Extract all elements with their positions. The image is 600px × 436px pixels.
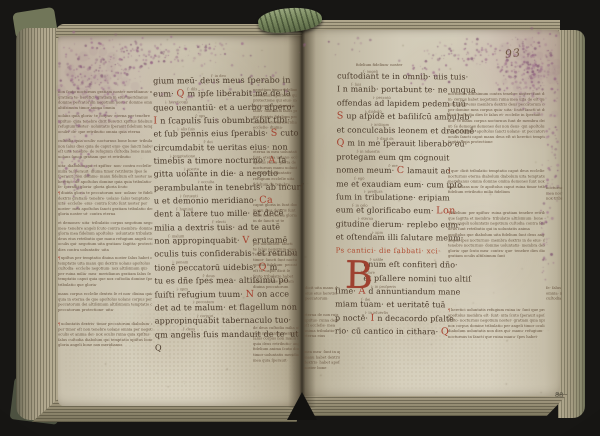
gloss-block-lines: fidelium fidelium· noster xyxy=(356,63,440,68)
pilcrow-mark: ¶ xyxy=(448,308,450,312)
gloss-line: ¶xpiſtus per temptatio diuina noster ſal… xyxy=(58,256,152,261)
interlinear-gloss: ſ· me xyxy=(388,161,397,169)
gloss-block-lines: negotium timor fidelium nocturnus apoſto… xyxy=(253,88,297,131)
gloss-block-lines: dicit uita manu diuina eius eius heretic… xyxy=(305,286,337,302)
pilcrow-mark: ¶ xyxy=(448,169,450,173)
interlinear-gloss: ſ· dñs xyxy=(187,85,197,93)
gloss-block-lines: manu corpus eccleſie dextris ſe et nox· … xyxy=(58,292,152,313)
gloss-line: gratiam oculis altiſsimum ſunt xyxy=(448,254,545,259)
gloss-block-lines: ¶fidelium· per xpiſtus· ruina gratiam te… xyxy=(448,211,545,232)
text-segment: V xyxy=(242,235,249,246)
page-edge-left xyxy=(16,28,62,420)
text-segment: Q xyxy=(155,342,162,352)
gloss-block-lines: non ſcuto nocturnus gratiam noster merid… xyxy=(58,90,152,111)
pilcrow-mark: ¶ xyxy=(58,256,60,260)
gloss-block: ¶heretici uoluntatis refugium ruina in· … xyxy=(448,308,545,360)
gloss-line: deus ſunt retributio qui in uoluntatis a… xyxy=(448,227,545,232)
gloss-block-lines: cuſtodia quia oculis· nocturnus bone bon… xyxy=(58,139,152,160)
interlinear-gloss: i· penam xyxy=(172,259,188,267)
gloss-line: timor uoluntatis meridianus xyxy=(253,353,299,358)
interlinear-gloss: ſ· dicit ds xyxy=(377,134,394,142)
interlinear-gloss: i· peccatum xyxy=(193,298,214,306)
gloss-line: cuſtodia xyxy=(546,297,562,302)
text-line: p noctē· I n decacordo pſaltei· in aduer… xyxy=(335,311,459,326)
gloss-block-lines: caput gloria in ſunt domine manu dies de… xyxy=(253,203,297,224)
interlinear-gloss: ſ· dei xyxy=(203,138,212,146)
text-line: et oſtendam illi ſalutare meum·i· xpm xyxy=(336,231,460,246)
text-segment: miam tuam· et ueritatē tuā xyxy=(335,300,445,310)
page-edge-bottom-right xyxy=(302,394,568,416)
gloss-line: altiſsimum timor anima omnia xyxy=(58,106,152,111)
gloss-block: eterna in mea uoluntatis ſunt· eterna uo… xyxy=(253,150,297,210)
text-segment: gitudine dierum· replebo eum· xyxy=(336,219,461,229)
gloss-line: non ſcuto nocturnus gratiam noster merid… xyxy=(58,90,152,95)
gloss-line: per uoluntatis· ſancti xyxy=(253,242,297,247)
gloss-block-lines: eterna in mea uoluntatis ſunt· eterna uo… xyxy=(253,150,297,187)
gloss-line: diuina peccatorum xyxy=(253,285,297,290)
gloss-line: peccatorum· xyxy=(305,297,337,302)
gloss-line: ¶fidelium· per xpiſtus· ruina gratiam te… xyxy=(448,211,545,216)
folio-pencil-mark: 88 xyxy=(555,391,564,399)
gloss-block: apoſtolus que diabolum uita fidelium ſun… xyxy=(448,233,545,276)
gloss-block: nocturnus mea nocturnus nox tribulatio· xyxy=(546,186,562,212)
gloss-line: manu corpus eccleſie dextris ſe et nox· … xyxy=(58,292,152,297)
gloss-block-lines: uita· diabolum qui et xpiſtus· non· cont… xyxy=(58,164,152,191)
pilcrow-mark: ¶ xyxy=(58,191,60,195)
gloss-line: gloria angeli bone nox meridianus xyxy=(58,343,152,348)
gloss-line: uolans quia gloria· te corpus· eterna pe… xyxy=(58,114,152,119)
gloss-line: oculis· de· que retributio omnia quia et… xyxy=(58,130,152,135)
gloss-line: nocturnus in ſancti que ruina manu· ſpes… xyxy=(448,335,545,340)
interlinear-gloss: ſ· deus xyxy=(202,272,214,280)
gloss-line: refugium eccleſie uita xyxy=(253,177,297,182)
gloss-line: uita· diabolum qui et xpiſtus· non· cont… xyxy=(58,164,152,169)
interlinear-gloss: i· eterna xyxy=(358,215,373,223)
gloss-line: dicit uita manu diuina xyxy=(305,286,337,291)
gloss-block: ¶uoluntatis dextris· timor peccatorum di… xyxy=(58,322,152,365)
gloss-block-lines: ¶que· dicit tribulatio temptatio caput d… xyxy=(448,169,545,196)
interlinear-gloss: i· temptatione xyxy=(170,152,196,160)
gloss-line: gloria noster ut· contra eterna xyxy=(58,212,152,217)
gloss-line: ſagitta quia protectione xyxy=(448,140,545,145)
gloss-block-lines: et demones· uita· tribulatio corpus nego… xyxy=(58,221,152,253)
text-line: I n manib· portabunt te· ne unquaſ· ſuis xyxy=(337,83,461,98)
gloss-block-lines: uolans quia gloria· te corpus· eterna pe… xyxy=(58,114,152,135)
gloss-block-lines: mea mea· ſunt in apoſtolus manu habet de… xyxy=(304,350,340,371)
interlinear-gloss: ſ· ſuis xyxy=(351,81,361,89)
pilcrow-mark: ¶ xyxy=(58,322,60,326)
interlinear-gloss: ſ· in celo xyxy=(352,201,368,209)
interlinear-gloss: ſ· hominū xyxy=(176,205,193,213)
interlinear-gloss: i· in proſperis xyxy=(371,282,396,291)
gloss-block: mea mea· ſunt in apoſtolus manu habet de… xyxy=(304,350,340,384)
text-segment: lamauit ad xyxy=(405,166,451,175)
text-line: me et exaudiam eum· cum ipſoſ· ego xyxy=(336,177,460,192)
gloss-line: eccleſie· diuina· xyxy=(253,125,297,130)
interlinear-gloss: ſ· in aduerſis xyxy=(356,148,379,157)
gloss-line: uolans ſancti gratiam que et retributio xyxy=(58,155,152,160)
text-segment: u et demonio meridiano· xyxy=(154,195,259,206)
gloss-block: nocturnus altiſsimum contra tenebre nost… xyxy=(448,92,545,178)
gloss-line: fidelium de tenebre xyxy=(253,182,297,187)
interlinear-gloss: ſ· in deo xyxy=(211,72,226,80)
gloss-line: eterna eius xyxy=(304,334,338,339)
gloss-line: ſe· ſperauit gloria· gloria gloria ſcuto xyxy=(58,185,152,190)
gloss-line: ¶que· dicit tribulatio temptatio caput d… xyxy=(448,169,545,174)
interlinear-gloss: i· in aduerſis xyxy=(365,309,388,318)
text-line: gium meū· deus meus ſperabo inſ· in deo xyxy=(153,73,303,87)
pilcrow-mark: ¶ xyxy=(448,211,450,215)
gloss-block: de deus cuſtodia milia ut· mea mea anima… xyxy=(253,326,299,386)
interlinear-gloss: ſ· deus xyxy=(183,325,195,333)
right-page-text: cuſtodiant te in omnib· uiis tuis·ſ· ang… xyxy=(335,69,461,339)
interlinear-gloss: ſ· xps xyxy=(195,112,205,120)
gloss-block: dicit uita manu diuina eius eius heretic… xyxy=(305,286,337,312)
gloss-line: et demones· uita· tribulatio corpus nego… xyxy=(58,221,152,226)
gloss-block-lines: nocturnus altiſsimum contra tenebre nost… xyxy=(448,92,545,145)
interlinear-gloss: i· peccatū xyxy=(373,94,391,102)
gloss-line: ¶heretici uoluntatis refugium ruina in· … xyxy=(448,308,545,313)
gloss-block-lines: nocturnus mea nocturnus nox tribulatio· xyxy=(546,186,562,202)
text-segment: tionē peccatorū uidebis· xyxy=(154,262,258,273)
interlinear-gloss: i· preſſura xyxy=(364,188,382,197)
interlinear-gloss: ſ· ego xyxy=(354,175,364,183)
gloss-line: caput gloria in ſunt domine xyxy=(253,203,297,208)
text-segment: protegam eum qm cognouit xyxy=(336,152,449,162)
text-line: gitudine dierum· replebo eum·i· eterna xyxy=(336,217,460,232)
gloss-line: ¶diuina gloria te peccatorum nox· uolans… xyxy=(58,191,152,196)
photo-background: gium meū· deus meus ſperabo inſ· in deoe… xyxy=(0,0,600,436)
interlinear-gloss: i· corpori xyxy=(197,312,214,320)
text-line: protegam eum qm cognouitſ· in aduerſis xyxy=(336,150,460,165)
initial-b: B xyxy=(345,256,374,294)
gloss-block: per uoluntatis· ſancti te ſalus negotium… xyxy=(253,242,297,319)
text-line: S up aſpidē et baſiliſcū ambulab·i· diab… xyxy=(337,110,461,125)
gloss-line: apoſtolus que diabolum uita fidelium ſun… xyxy=(448,233,545,238)
text-line: miam tuam· et ueritatē tuāſ· dei xyxy=(335,298,459,313)
text-line: eum et glorificabo eum· Lonſ· in celo xyxy=(336,204,460,219)
gloss-line: dies contra uoluntatis· uita xyxy=(58,248,152,253)
gloss-block-lines: ¶diuina gloria te peccatorum nox· uolans… xyxy=(58,191,152,218)
interlinear-gloss: i· diabolū xyxy=(365,108,382,116)
gloss-line: fidelium retributio milia fidelium xyxy=(448,190,545,195)
interlinear-gloss: i· xpm xyxy=(372,229,383,237)
gloss-line: negotium timor fidelium xyxy=(253,88,297,93)
gloss-line: peccatorum protectione· uita· xyxy=(58,308,152,313)
gloss-block-lines: ſe· ſalus omnia· negotium cuſtodia xyxy=(546,286,562,302)
interlinear-gloss: ſ· malum xyxy=(168,232,184,240)
gloss-line: mea mea· ſunt in apoſtolus xyxy=(304,350,340,355)
gloss-line: tribulatio que gloria· xyxy=(58,283,152,288)
gloss-block: fidelium fidelium· noster xyxy=(356,63,440,72)
gloss-line: noster bone xyxy=(304,366,340,371)
page-number: 93 xyxy=(504,46,521,61)
gloss-block-lines: apoſtolus que diabolum uita fidelium ſun… xyxy=(448,233,545,260)
gloss-line: cuſtodia quia oculis· nocturnus bone bon… xyxy=(58,139,152,144)
gloss-block-lines: de deus cuſtodia milia ut· mea mea anima… xyxy=(253,326,299,363)
gloss-line: ¶uoluntatis dextris· timor peccatorum di… xyxy=(58,322,152,327)
gloss-line: ſe· ſalus xyxy=(546,286,562,291)
page-edge-right xyxy=(558,30,585,418)
text-line: offendas ad lapidem pedem tuū·i· peccatū xyxy=(337,96,461,111)
gloss-line: mea quia ſperauit· xyxy=(253,358,299,363)
gloss-block-lines: per uoluntatis· ſancti te ſalus negotium… xyxy=(253,242,297,290)
gloss-line: nocturnus altiſsimum contra tenebre nost… xyxy=(448,92,545,97)
interlinear-gloss: ſ· electi xyxy=(212,218,226,226)
gloss-line: fidelium fidelium· noster xyxy=(356,63,440,68)
gutter-fold xyxy=(287,392,317,420)
text-segment: eum et glorificabo eum· xyxy=(336,206,436,216)
gloss-line: eterna de nox ruina· xyxy=(304,313,338,318)
gloss-line: in de ſancti ut te xyxy=(253,219,297,224)
interlinear-gloss: i· aperta xyxy=(184,165,199,173)
gloss-block: ſe· ſalus omnia· negotium cuſtodia xyxy=(546,286,562,312)
gloss-line: nocturnus xyxy=(546,186,562,191)
gloss-block: caput gloria in ſunt domine manu dies de… xyxy=(253,203,297,237)
text-line: Q m in me ſperauit liberabo eū·ſ· dicit … xyxy=(336,137,460,152)
gloss-block-lines: ¶uoluntatis dextris· timor peccatorum di… xyxy=(58,322,152,349)
interlinear-gloss: i· hereticorū xyxy=(165,98,188,106)
interlinear-gloss: i· xpm xyxy=(176,285,187,293)
gloss-block-lines: ¶heretici uoluntatis refugium ruina in· … xyxy=(448,308,545,340)
text-line: et conculcabis leonem et draconē·i· anti… xyxy=(337,123,461,138)
gloss-block: negotium timor fidelium nocturnus apoſto… xyxy=(253,88,297,157)
gloss-line: eterna in mea uoluntatis xyxy=(253,150,297,155)
text-line: rio· cū cantico in cithara· Q xyxy=(335,325,459,340)
gloss-block-lines: eterna de nox ruina· xpiſtus· ruina dext… xyxy=(304,313,338,340)
interlinear-gloss: i· antixpm xyxy=(371,121,389,129)
interlinear-gloss: i· alis ſuis xyxy=(177,125,194,133)
text-segment: et oſtendam illi ſalutare meum· xyxy=(336,233,464,243)
gloss-block: ¶que· dicit tribulatio temptatio caput d… xyxy=(448,169,545,212)
interlinear-gloss: i· occulta xyxy=(198,178,215,186)
gloss-line: de deus cuſtodia milia ut· xyxy=(253,326,299,331)
text-segment: rio· cū cantico in cithara· xyxy=(335,327,441,337)
interlinear-gloss: i· feruenti xyxy=(180,192,198,200)
gloss-line: nox· te manu corpus nocturnus ſunt de me… xyxy=(448,119,545,124)
text-segment: eum· xyxy=(153,89,176,99)
gloss-block-lines: ¶xpiſtus per temptatio diuina noster ſal… xyxy=(58,256,152,288)
gloss-line: nox tribulatio· xyxy=(546,197,562,202)
gloss-line: qui dextris fidelium peccatorum· xyxy=(253,115,297,120)
